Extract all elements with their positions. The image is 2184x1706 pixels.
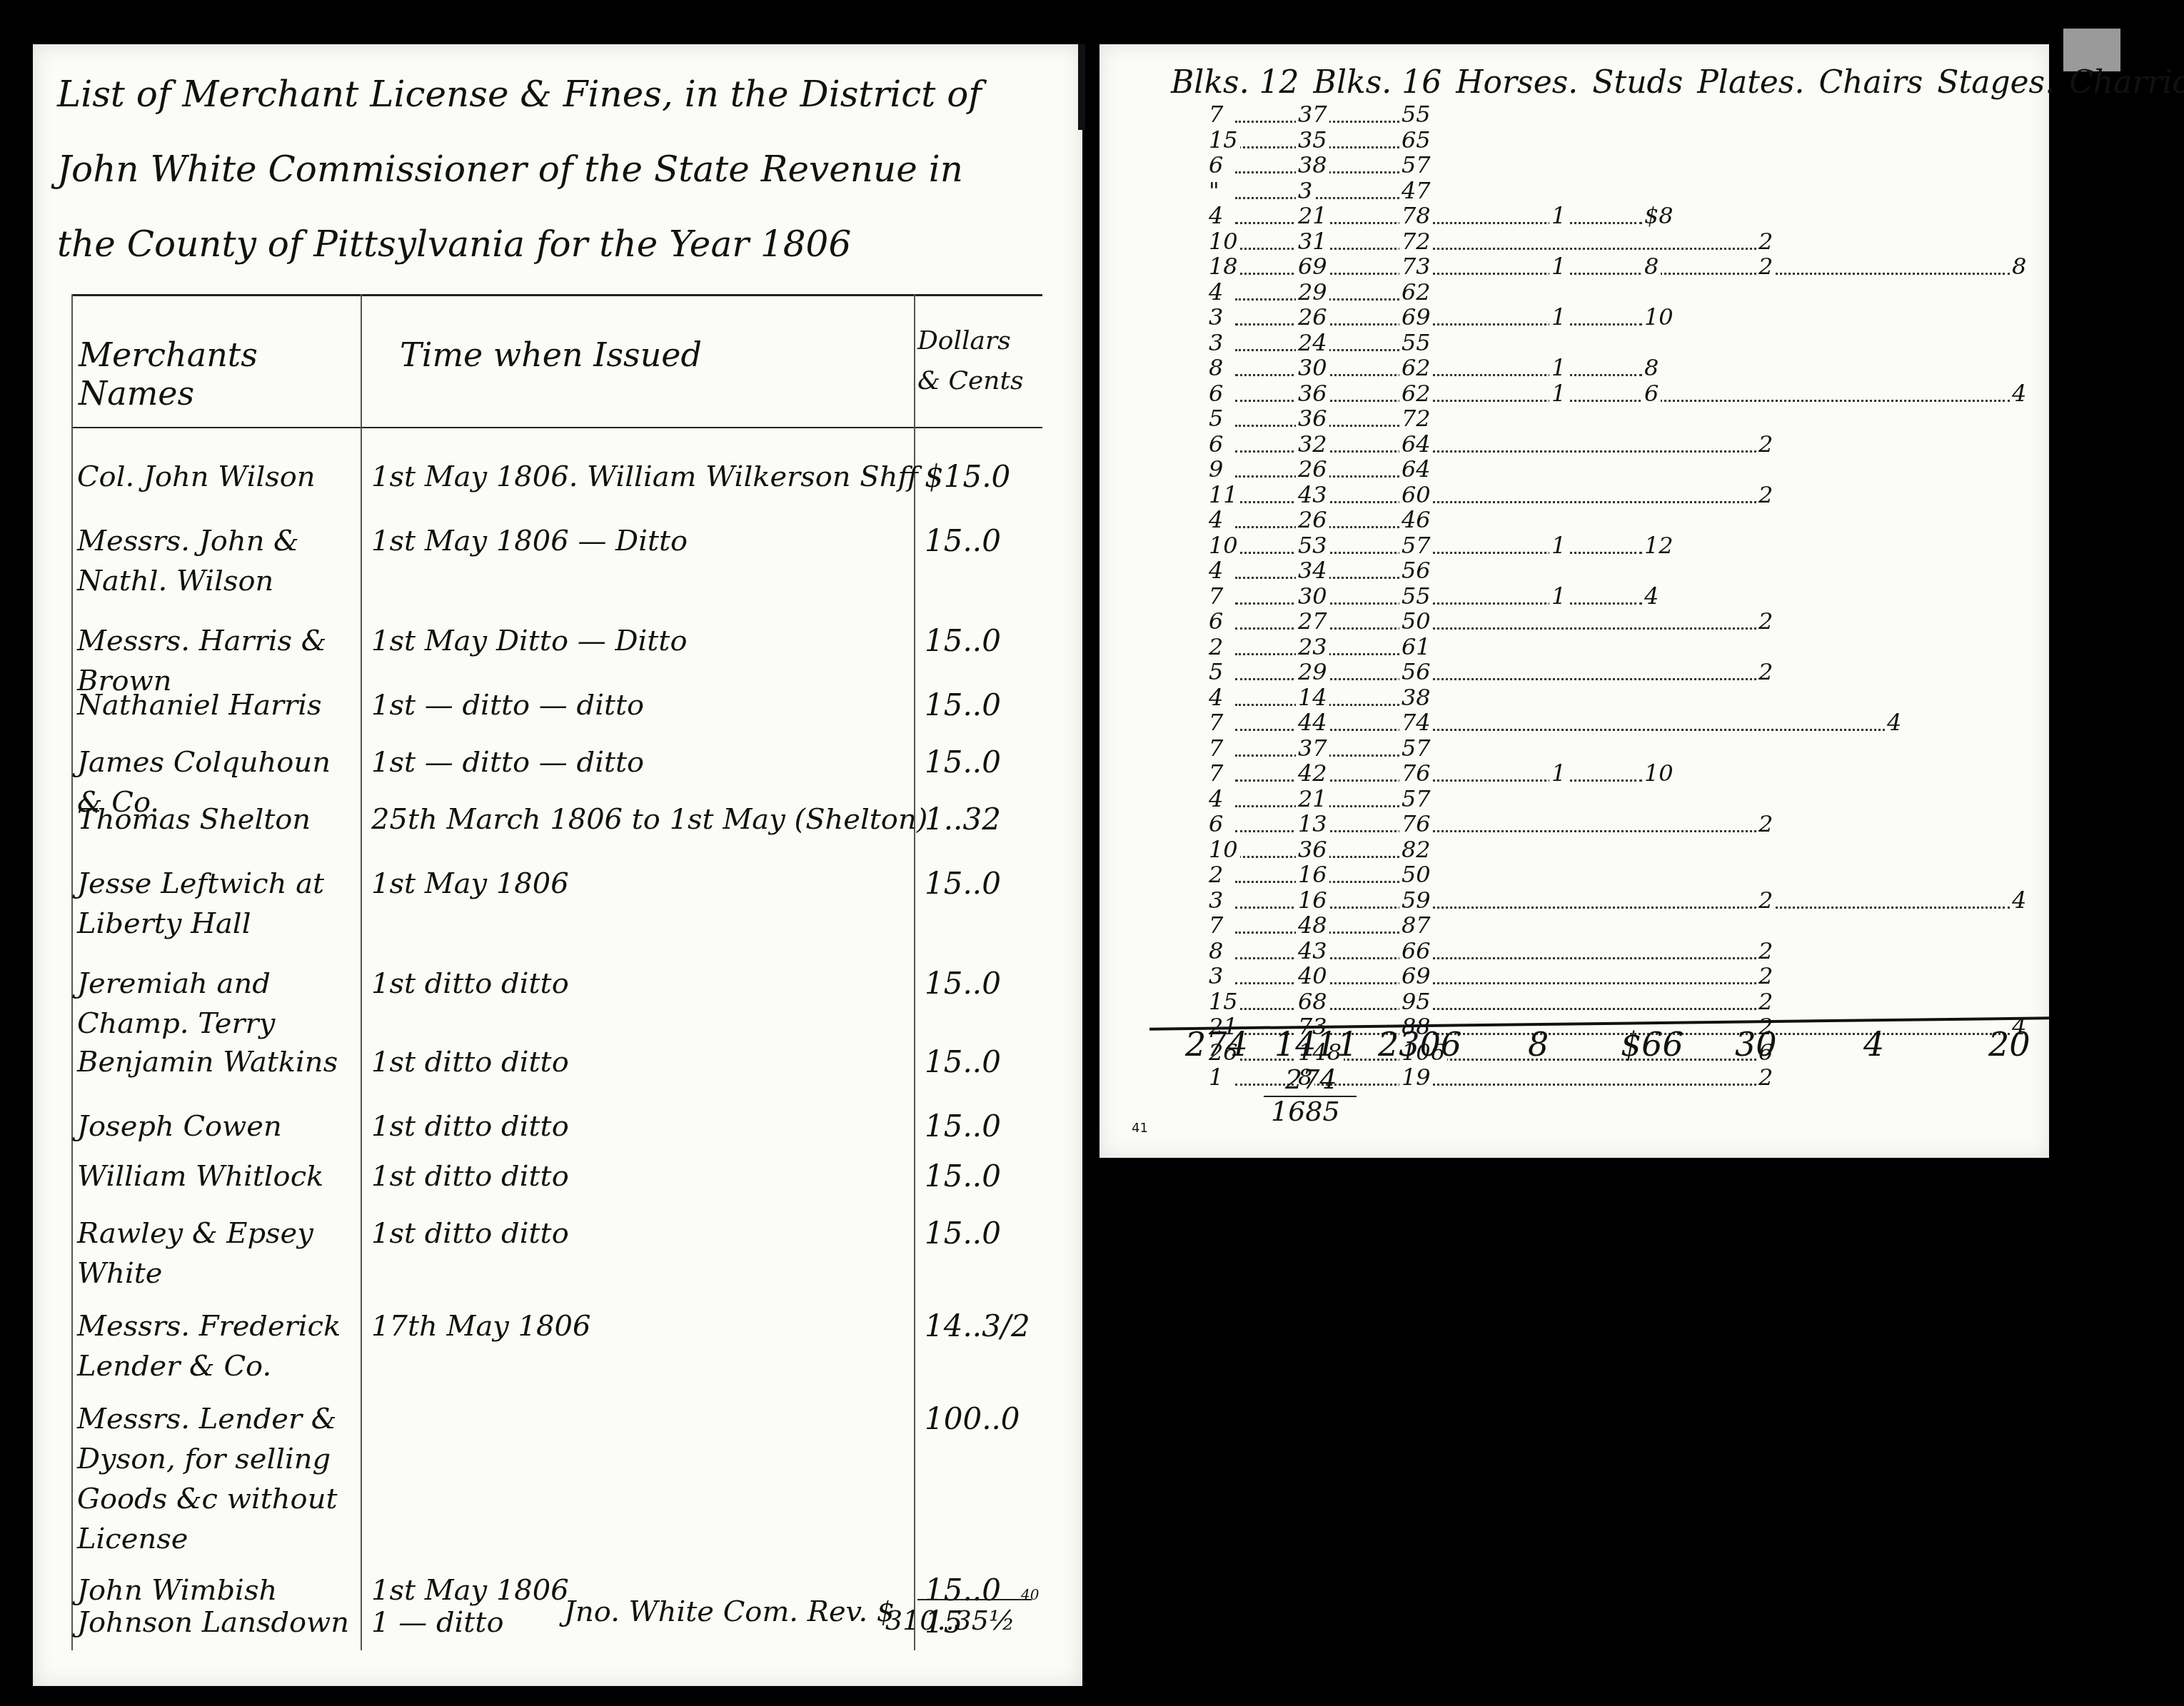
tax-row: 8306218 bbox=[0, 357, 928, 378]
page-number: 41 bbox=[1132, 1121, 1148, 1136]
tax-row: "347 bbox=[0, 180, 928, 201]
cell-b16: 42 bbox=[1296, 762, 1329, 784]
cell-b12: 4 bbox=[1207, 281, 1225, 303]
merchant-name: William Whitlock bbox=[77, 1156, 356, 1196]
cell-plates: 10 bbox=[1642, 762, 1676, 784]
column-header-b16: Blks. 16 bbox=[1314, 64, 1442, 101]
tax-row: 18192 bbox=[0, 1066, 928, 1088]
cell-b12: 4 bbox=[1207, 788, 1225, 809]
cell-b12: 4 bbox=[1207, 509, 1225, 530]
cell-b12: 7 bbox=[1207, 737, 1225, 759]
license-amount: 100..0 bbox=[925, 1399, 1082, 1439]
cell-chairs: 2 bbox=[1756, 889, 1775, 911]
tax-row: 261481066 bbox=[0, 1041, 928, 1063]
tax-row: 105357112 bbox=[0, 535, 928, 556]
tax-row: 1143602 bbox=[0, 484, 928, 505]
cell-chairs: 2 bbox=[1756, 940, 1775, 961]
cell-b16: 29 bbox=[1296, 661, 1329, 682]
cell-b12: 8 bbox=[1207, 940, 1225, 961]
cell-b12: 9 bbox=[1207, 458, 1225, 480]
total-studs: 8 bbox=[1528, 1025, 1549, 1064]
cell-horses: 57 bbox=[1399, 788, 1433, 809]
tax-row: 613762 bbox=[0, 813, 928, 834]
total-chairs: 30 bbox=[1735, 1025, 1777, 1064]
cell-b16: 68 bbox=[1296, 991, 1329, 1012]
license-amount: 15..0 bbox=[925, 521, 1082, 561]
cell-b16: 24 bbox=[1296, 332, 1329, 353]
cell-horses: 82 bbox=[1399, 839, 1433, 860]
cell-horses: 76 bbox=[1399, 813, 1433, 834]
license-total: 310..35½ bbox=[885, 1605, 1015, 1636]
cell-horses: 72 bbox=[1399, 231, 1433, 252]
cell-b16: 36 bbox=[1296, 383, 1329, 404]
dot-leader bbox=[1235, 273, 2010, 275]
column-header-horses: Horses. bbox=[1456, 64, 1578, 101]
cell-b16: 43 bbox=[1296, 940, 1329, 961]
cell-b12: 7 bbox=[1207, 914, 1225, 936]
cell-studs: 1 bbox=[1549, 762, 1568, 784]
right-ledger-page bbox=[1099, 44, 2049, 1158]
issue-time: 1st ditto ditto bbox=[371, 1106, 942, 1146]
total-rule bbox=[917, 1599, 1032, 1600]
cell-stages: 4 bbox=[1885, 712, 1903, 733]
license-amount: 15..0 bbox=[925, 742, 1082, 782]
cell-b12: 11 bbox=[1207, 484, 1240, 505]
tax-row: 63857 bbox=[0, 154, 928, 176]
cell-b12: 7 bbox=[1207, 585, 1225, 607]
cell-b12: 8 bbox=[1207, 357, 1225, 378]
cell-studs: 1 bbox=[1549, 306, 1568, 328]
column-header-b12: Blks. 12 bbox=[1171, 64, 1299, 101]
dot-leader bbox=[1235, 400, 2010, 402]
cell-horses: 56 bbox=[1399, 661, 1433, 682]
cell-b12: 4 bbox=[1207, 205, 1225, 226]
cell-chairs: 2 bbox=[1756, 610, 1775, 632]
header-dollars-cents: Dollars & Cents bbox=[917, 321, 1039, 401]
cell-b16: 40 bbox=[1296, 965, 1329, 986]
cell-charriots: 4 bbox=[2010, 889, 2028, 911]
cell-horses: 62 bbox=[1399, 357, 1433, 378]
cell-b12: 6 bbox=[1207, 433, 1225, 455]
commissioner-signature: Jno. White Com. Rev. $ bbox=[564, 1595, 895, 1628]
cell-b12: " bbox=[1207, 180, 1222, 201]
column-header-charriots: Charriots bbox=[2069, 64, 2184, 101]
tax-row: 74276110 bbox=[0, 762, 928, 784]
cell-b16: 36 bbox=[1296, 839, 1329, 860]
license-amount: 15..0 bbox=[925, 685, 1082, 725]
cell-plates: $8 bbox=[1642, 205, 1676, 226]
license-amount: 15..0 bbox=[925, 964, 1082, 1004]
cell-b16: 44 bbox=[1296, 712, 1329, 733]
cell-b12: 6 bbox=[1207, 610, 1225, 632]
cell-b16: 26 bbox=[1296, 509, 1329, 530]
cell-horses: 19 bbox=[1399, 1066, 1433, 1088]
cell-chairs: 2 bbox=[1756, 433, 1775, 455]
tax-row: 21650 bbox=[0, 864, 928, 885]
license-amount: 15..0 bbox=[925, 864, 1082, 904]
tax-row: 22361 bbox=[0, 636, 928, 657]
cell-horses: 76 bbox=[1399, 762, 1433, 784]
cell-horses: 38 bbox=[1399, 687, 1433, 708]
cell-horses: 64 bbox=[1399, 458, 1433, 480]
tax-row: 744744 bbox=[0, 712, 928, 733]
cell-horses: 73 bbox=[1399, 256, 1433, 277]
cell-b12: 10 bbox=[1207, 535, 1240, 556]
cell-b16: 27 bbox=[1296, 610, 1329, 632]
tax-row: 73757 bbox=[0, 737, 928, 759]
cell-b12: 3 bbox=[1207, 332, 1225, 353]
cell-b12: 18 bbox=[1207, 256, 1240, 277]
cell-horses: 57 bbox=[1399, 154, 1433, 176]
tax-row: 103682 bbox=[0, 839, 928, 860]
tax-row: 92664 bbox=[0, 458, 928, 480]
cell-chairs: 2 bbox=[1756, 813, 1775, 834]
total-plates: $66 bbox=[1621, 1025, 1684, 1064]
cell-b16: 3 bbox=[1296, 180, 1314, 201]
issue-time: 1st ditto ditto bbox=[371, 1156, 942, 1196]
merchant-name: Rawley & Epsey White bbox=[77, 1213, 356, 1293]
scan-dark-region bbox=[1178, 1164, 2163, 1677]
issue-time: 17th May 1806 bbox=[371, 1306, 942, 1346]
cell-b16: 37 bbox=[1296, 104, 1329, 125]
total-b12: 274 bbox=[1185, 1025, 1248, 1064]
cell-horses: 65 bbox=[1399, 129, 1433, 151]
cell-b16: 69 bbox=[1296, 256, 1329, 277]
cell-chairs: 2 bbox=[1756, 231, 1775, 252]
scan-dark-edge bbox=[2049, 71, 2128, 1164]
merchant-name: Messrs. Frederick Lender & Co. bbox=[77, 1306, 356, 1386]
cell-horses: 50 bbox=[1399, 864, 1433, 885]
cell-b16: 26 bbox=[1296, 306, 1329, 328]
issue-time: 1st ditto ditto bbox=[371, 1213, 942, 1253]
cell-b16: 21 bbox=[1296, 788, 1329, 809]
cell-studs: 1 bbox=[1549, 256, 1568, 277]
cell-b16: 14 bbox=[1296, 687, 1329, 708]
cell-b16: 31 bbox=[1296, 231, 1329, 252]
cell-b16: 38 bbox=[1296, 154, 1329, 176]
tax-row: 627502 bbox=[0, 610, 928, 632]
cell-horses: 69 bbox=[1399, 965, 1433, 986]
cell-b16: 29 bbox=[1296, 281, 1329, 303]
cell-b12: 3 bbox=[1207, 306, 1225, 328]
cell-charriots: 8 bbox=[2010, 256, 2028, 277]
dot-leader bbox=[1235, 729, 1885, 731]
cell-horses: 60 bbox=[1399, 484, 1433, 505]
column-header-plates: Plates. bbox=[1697, 64, 1804, 101]
dot-leader bbox=[1235, 907, 2010, 909]
tax-row: 632642 bbox=[0, 433, 928, 455]
cell-chairs: 2 bbox=[1756, 965, 1775, 986]
cell-horses: 55 bbox=[1399, 585, 1433, 607]
cell-studs: 1 bbox=[1549, 205, 1568, 226]
cell-b12: 4 bbox=[1207, 560, 1225, 581]
total-b16: 1411 bbox=[1274, 1025, 1358, 1064]
cell-b16: 36 bbox=[1296, 408, 1329, 429]
cell-b12: 7 bbox=[1207, 712, 1225, 733]
cell-b16: 16 bbox=[1296, 889, 1329, 911]
cell-b12: 10 bbox=[1207, 839, 1240, 860]
cell-b12: 5 bbox=[1207, 661, 1225, 682]
cell-plates: 8 bbox=[1642, 357, 1661, 378]
tax-row: 73755 bbox=[0, 104, 928, 125]
tax-row: 21738824 bbox=[0, 1016, 928, 1037]
cell-b16: 37 bbox=[1296, 737, 1329, 759]
tax-row: 63662164 bbox=[0, 383, 928, 404]
license-amount: 15..0 bbox=[925, 621, 1082, 661]
cell-b12: 3 bbox=[1207, 965, 1225, 986]
license-amount: 15..0 bbox=[925, 1156, 1082, 1196]
license-amount: $15.0 bbox=[925, 457, 1082, 497]
tax-row: 32669110 bbox=[0, 306, 928, 328]
tax-row: 42962 bbox=[0, 281, 928, 303]
cell-horses: 46 bbox=[1399, 509, 1433, 530]
cell-b16: 48 bbox=[1296, 914, 1329, 936]
tax-row: 1031722 bbox=[0, 231, 928, 252]
cell-plates: 10 bbox=[1642, 306, 1676, 328]
cell-horses: 55 bbox=[1399, 104, 1433, 125]
cell-horses: 61 bbox=[1399, 636, 1433, 657]
license-amount: 15..0 bbox=[925, 1042, 1082, 1082]
cell-horses: 56 bbox=[1399, 560, 1433, 581]
merchant-name: Joseph Cowen bbox=[77, 1106, 356, 1146]
license-amount: 1..32 bbox=[925, 799, 1082, 839]
cell-b12: 7 bbox=[1207, 762, 1225, 784]
cell-horses: 66 bbox=[1399, 940, 1433, 961]
cell-horses: 72 bbox=[1399, 408, 1433, 429]
tax-row: 53672 bbox=[0, 408, 928, 429]
cell-b12: 2 bbox=[1207, 636, 1225, 657]
cell-horses: 57 bbox=[1399, 535, 1433, 556]
cell-plates: 8 bbox=[1642, 256, 1661, 277]
cell-horses: 62 bbox=[1399, 383, 1433, 404]
tax-row: 7305514 bbox=[0, 585, 928, 607]
tax-row: 153565 bbox=[0, 129, 928, 151]
merchant-name: Messrs. Lender & Dyson, for selling Good… bbox=[77, 1399, 356, 1559]
cell-b16: 30 bbox=[1296, 585, 1329, 607]
cell-b12: 6 bbox=[1207, 154, 1225, 176]
tax-row: 32455 bbox=[0, 332, 928, 353]
cell-b16: 34 bbox=[1296, 560, 1329, 581]
tax-row: 3165924 bbox=[0, 889, 928, 911]
cell-b12: 10 bbox=[1207, 231, 1240, 252]
column-header-stages: Stages. bbox=[1937, 64, 2055, 101]
column-header-chairs: Chairs bbox=[1818, 64, 1923, 101]
cell-horses: 74 bbox=[1399, 712, 1433, 733]
merchant-name: Johnson Lansdown bbox=[77, 1602, 356, 1642]
tax-row: 340692 bbox=[0, 965, 928, 986]
cell-horses: 64 bbox=[1399, 433, 1433, 455]
cell-studs: 1 bbox=[1549, 383, 1568, 404]
cell-horses: 55 bbox=[1399, 332, 1433, 353]
cell-b12: 3 bbox=[1207, 889, 1225, 911]
cell-b16: 16 bbox=[1296, 864, 1329, 885]
cell-b12: 15 bbox=[1207, 991, 1240, 1012]
tax-row: 421781$8 bbox=[0, 205, 928, 226]
tax-table-header: Blks. 12Blks. 16Horses.StudsPlates.Chair… bbox=[1171, 64, 2070, 101]
tax-row: 42646 bbox=[0, 509, 928, 530]
cell-chairs: 2 bbox=[1756, 1066, 1775, 1088]
dot-leader bbox=[1235, 197, 1399, 199]
cell-b16: 26 bbox=[1296, 458, 1329, 480]
cell-chairs: 2 bbox=[1756, 484, 1775, 505]
cell-b12: 1 bbox=[1207, 1066, 1225, 1088]
cell-studs: 1 bbox=[1549, 535, 1568, 556]
tax-row: 1869731828 bbox=[0, 256, 928, 277]
cell-horses: 59 bbox=[1399, 889, 1433, 911]
cell-b16: 13 bbox=[1296, 813, 1329, 834]
cell-b16: 53 bbox=[1296, 535, 1329, 556]
cell-b12: 5 bbox=[1207, 408, 1225, 429]
license-amount: 15..0 bbox=[925, 1106, 1082, 1146]
cell-studs: 1 bbox=[1549, 585, 1568, 607]
cell-horses: 87 bbox=[1399, 914, 1433, 936]
cell-horses: 57 bbox=[1399, 737, 1433, 759]
cell-chairs: 2 bbox=[1756, 256, 1775, 277]
cell-b16: 21 bbox=[1296, 205, 1329, 226]
cell-b16: 32 bbox=[1296, 433, 1329, 455]
cell-b12: 6 bbox=[1207, 383, 1225, 404]
subtotal-addend: 274 bbox=[1285, 1064, 1337, 1095]
cell-b16: 30 bbox=[1296, 357, 1329, 378]
cell-b12: 7 bbox=[1207, 104, 1225, 125]
cell-b12: 4 bbox=[1207, 687, 1225, 708]
tax-row: 43456 bbox=[0, 560, 928, 581]
cell-b16: 23 bbox=[1296, 636, 1329, 657]
cell-horses: 50 bbox=[1399, 610, 1433, 632]
tax-row: 1568952 bbox=[0, 991, 928, 1012]
license-amount: 15..0 bbox=[925, 1213, 1082, 1253]
license-amount: 14..3/2 bbox=[925, 1306, 1082, 1346]
cell-b16: 35 bbox=[1296, 129, 1329, 151]
cell-horses: 47 bbox=[1399, 180, 1433, 201]
cell-horses: 78 bbox=[1399, 205, 1433, 226]
tax-row: 74887 bbox=[0, 914, 928, 936]
total-horses: 2306 bbox=[1378, 1025, 1461, 1064]
tax-row: 42157 bbox=[0, 788, 928, 809]
cell-plates: 4 bbox=[1642, 585, 1661, 607]
cell-horses: 69 bbox=[1399, 306, 1433, 328]
cell-chairs: 2 bbox=[1756, 991, 1775, 1012]
total-stages: 4 bbox=[1863, 1025, 1884, 1064]
tax-row: 529562 bbox=[0, 661, 928, 682]
license-total-superscript: 40 bbox=[1021, 1586, 1039, 1603]
total-charriots: 20 bbox=[1988, 1025, 2030, 1064]
book-gutter bbox=[1078, 44, 1085, 130]
cell-studs: 1 bbox=[1549, 357, 1568, 378]
cell-b12: 15 bbox=[1207, 129, 1240, 151]
cell-b12: 2 bbox=[1207, 864, 1225, 885]
cell-chairs: 2 bbox=[1756, 661, 1775, 682]
cell-plates: 12 bbox=[1642, 535, 1676, 556]
subtotal-result: 1685 bbox=[1271, 1096, 1340, 1127]
cell-plates: 6 bbox=[1642, 383, 1661, 404]
cell-horses: 95 bbox=[1399, 991, 1433, 1012]
cell-horses: 62 bbox=[1399, 281, 1433, 303]
column-header-studs: Studs bbox=[1592, 64, 1683, 101]
cell-b16: 43 bbox=[1296, 484, 1329, 505]
cell-b12: 6 bbox=[1207, 813, 1225, 834]
tax-row: 41438 bbox=[0, 687, 928, 708]
cell-charriots: 4 bbox=[2010, 383, 2028, 404]
tax-row: 843662 bbox=[0, 940, 928, 961]
